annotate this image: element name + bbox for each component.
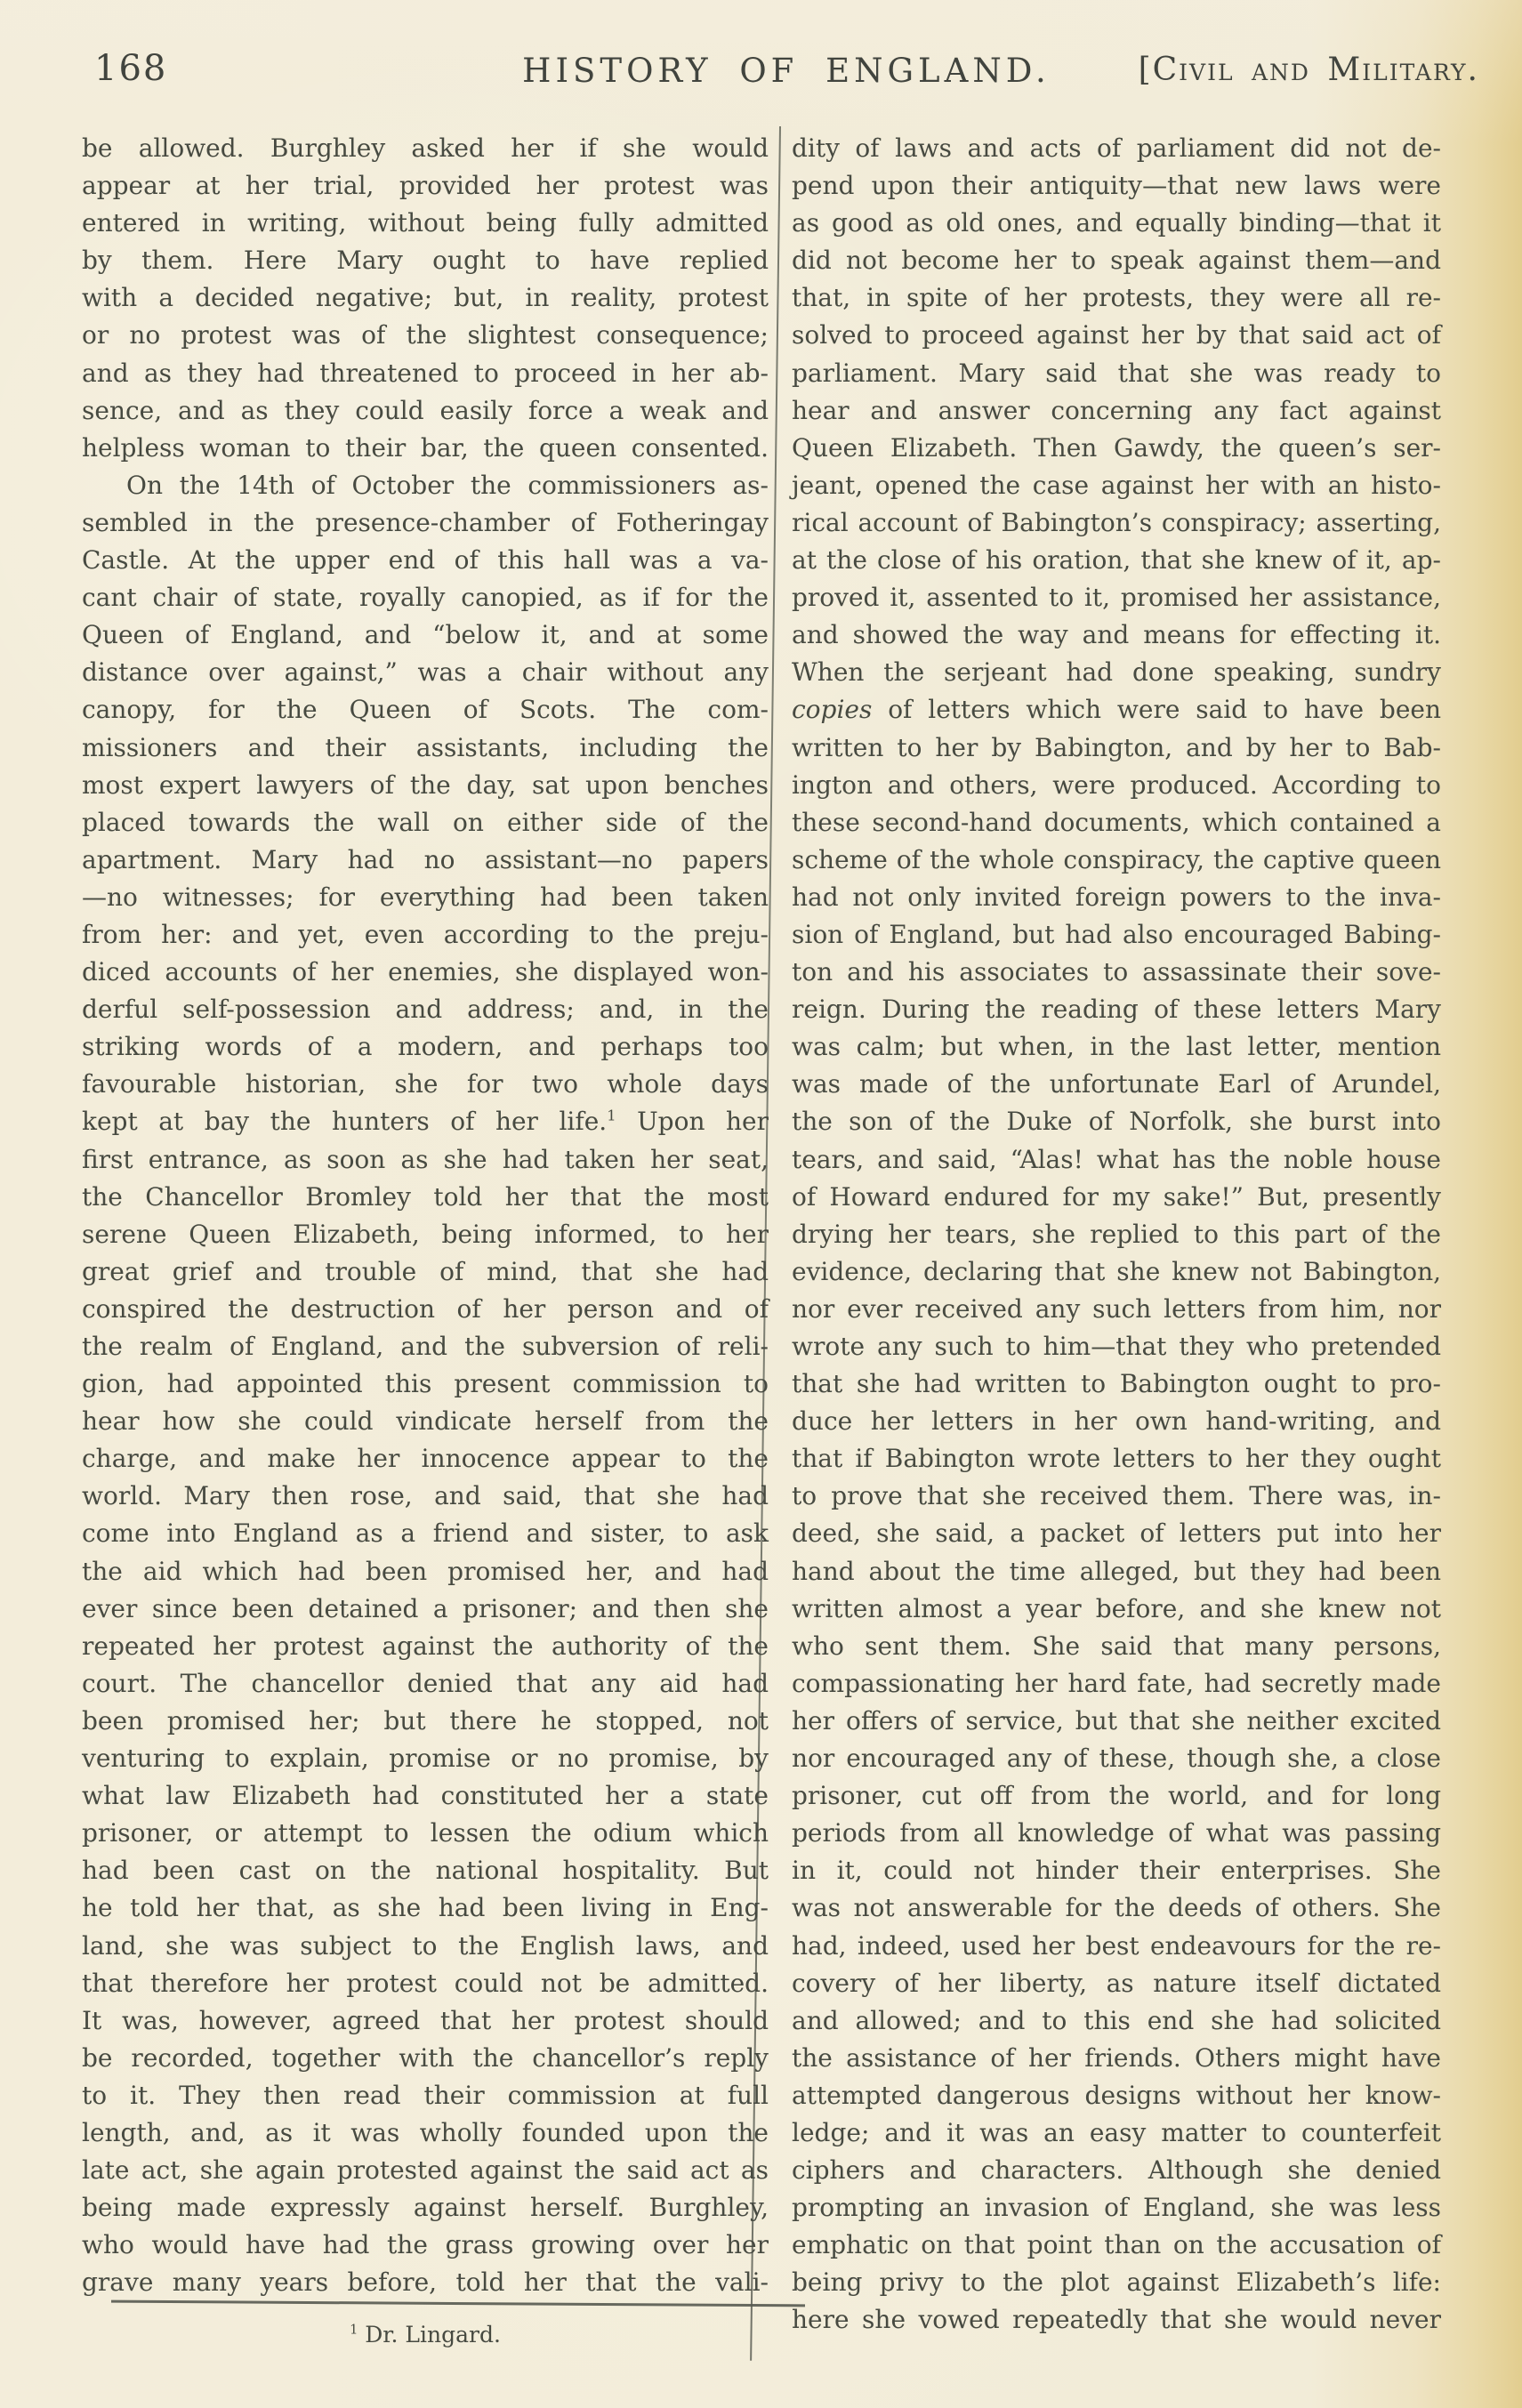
text-line: what law Elizabeth had constituted her a… [82, 1777, 769, 1815]
text-line: first entrance, as soon as she had taken… [82, 1141, 769, 1179]
text-line: wrote any such to him—that they who pret… [792, 1328, 1441, 1365]
text-line: the son of the Duke of Norfolk, she burs… [792, 1103, 1441, 1140]
right-column: dity of laws and acts of parliament did … [792, 130, 1441, 2340]
text-line: entered in writing, without being fully … [82, 205, 769, 242]
text-line: ciphers and characters. Although she den… [792, 2152, 1441, 2189]
text-line: distance over against,” was a chair with… [82, 654, 769, 691]
text-line: dity of laws and acts of parliament did … [792, 130, 1441, 167]
text-line: Queen of England, and “below it, and at … [82, 616, 769, 654]
text-line: that therefore her protest could not be … [82, 1965, 769, 2002]
text-line: had not only invited foreign powers to t… [792, 879, 1441, 916]
book-page: 168 HISTORY OF ENGLAND. [Civil and Milit… [0, 0, 1522, 2408]
text-line: he told her that, as she had been living… [82, 1889, 769, 1927]
text-line: her offers of service, but that she neit… [792, 1703, 1441, 1740]
text-line: world. Mary then rose, and said, that sh… [82, 1478, 769, 1515]
text-line: copies of letters which were said to hav… [792, 691, 1441, 729]
text-line: helpless woman to their bar, the queen c… [82, 430, 769, 467]
text-line: and showed the way and means for effecti… [792, 616, 1441, 654]
text-line: been promised her; but there he stopped,… [82, 1703, 769, 1740]
text-line: conspired the destruction of her person … [82, 1291, 769, 1328]
text-line: compassionating her hard fate, had secre… [792, 1665, 1441, 1703]
text-line: It was, however, agreed that her protest… [82, 2002, 769, 2040]
text-line: sion of England, but had also encouraged… [792, 916, 1441, 954]
text-line: pend upon their antiquity—that new laws … [792, 167, 1441, 205]
text-line: attempted dangerous designs without her … [792, 2077, 1441, 2114]
text-line: evidence, declaring that she knew not Ba… [792, 1253, 1441, 1291]
text-line: jeant, opened the case against her with … [792, 467, 1441, 504]
text-line: missioners and their assistants, includi… [82, 729, 769, 767]
text-line: to prove that she received them. There w… [792, 1478, 1441, 1515]
text-line: scheme of the whole conspiracy, the capt… [792, 842, 1441, 879]
text-line: Castle. At the upper end of this hall wa… [82, 542, 769, 579]
text-line: written almost a year before, and she kn… [792, 1591, 1441, 1628]
text-line: prompting an invasion of England, she wa… [792, 2189, 1441, 2227]
text-line: venturing to explain, promise or no prom… [82, 1740, 769, 1777]
text-line: apartment. Mary had no assistant—no pape… [82, 842, 769, 879]
text-line: prisoner, cut off from the world, and fo… [792, 1777, 1441, 1815]
text-line: hand about the time alleged, but they ha… [792, 1553, 1441, 1591]
text-line: length, and, as it was wholly founded up… [82, 2114, 769, 2152]
section-label: [Civil and Military. [1139, 52, 1479, 88]
text-line: or no protest was of the slightest conse… [82, 317, 769, 354]
text-line: charge, and make her innocence appear to… [82, 1440, 769, 1478]
text-line: that if Babington wrote letters to her t… [792, 1440, 1441, 1478]
text-line: in it, could not hinder their enterprise… [792, 1852, 1441, 1889]
text-line: When the serjeant had done speaking, sun… [792, 654, 1441, 691]
text-line: repeated her protest against the authori… [82, 1628, 769, 1665]
text-line: sence, and as they could easily force a … [82, 392, 769, 430]
text-line: had, indeed, used her best endeavours fo… [792, 1928, 1441, 1965]
text-line: was calm; but when, in the last letter, … [792, 1028, 1441, 1066]
text-line: ington and others, were produced. Accord… [792, 767, 1441, 804]
text-line: these second-hand documents, which conta… [792, 804, 1441, 842]
text-line: favourable historian, she for two whole … [82, 1066, 769, 1103]
text-line: court. The chancellor denied that any ai… [82, 1665, 769, 1703]
text-line: emphatic on that point than on the accus… [792, 2227, 1441, 2264]
text-line: sembled in the presence-chamber of Fothe… [82, 504, 769, 542]
text-line: of Howard endured for my sake!” But, pre… [792, 1179, 1441, 1216]
text-line: gion, had appointed this present commiss… [82, 1365, 769, 1403]
text-line: the aid which had been promised her, and… [82, 1553, 769, 1591]
text-line: written to her by Babington, and by her … [792, 729, 1441, 767]
text-line: that she had written to Babington ought … [792, 1365, 1441, 1403]
text-line: parliament. Mary said that she was ready… [792, 355, 1441, 392]
text-line: solved to proceed against her by that sa… [792, 317, 1441, 354]
text-line: ledge; and it was an easy matter to coun… [792, 2114, 1441, 2152]
text-line: covery of her liberty, as nature itself … [792, 1965, 1441, 2002]
text-line: kept at bay the hunters of her life.1 Up… [82, 1103, 769, 1140]
text-line: duce her letters in her own hand-writing… [792, 1403, 1441, 1440]
text-line: and allowed; and to this end she had sol… [792, 2002, 1441, 2040]
text-line: cant chair of state, royally canopied, a… [82, 579, 769, 616]
text-line: did not become her to speak against them… [792, 242, 1441, 279]
text-line: rical account of Babington’s conspiracy;… [792, 504, 1441, 542]
text-line: most expert lawyers of the day, sat upon… [82, 767, 769, 804]
text-line: striking words of a modern, and perhaps … [82, 1028, 769, 1066]
text-line: placed towards the wall on either side o… [82, 804, 769, 842]
text-line: being privy to the plot against Elizabet… [792, 2264, 1441, 2301]
text-line: Queen Elizabeth. Then Gawdy, the queen’s… [792, 430, 1441, 467]
text-line: with a decided negative; but, in reality… [82, 279, 769, 317]
text-line: deed, she said, a packet of letters put … [792, 1515, 1441, 1552]
text-line: ever since been detained a prisoner; and… [82, 1591, 769, 1628]
text-line: be allowed. Burghley asked her if she wo… [82, 130, 769, 167]
text-line: who sent them. She said that many person… [792, 1628, 1441, 1665]
text-line: appear at her trial, provided her protes… [82, 167, 769, 205]
text-line: On the 14th of October the commissioners… [82, 467, 769, 504]
text-line: hear how she could vindicate herself fro… [82, 1403, 769, 1440]
text-line: ton and his associates to assassinate th… [792, 954, 1441, 991]
text-line: great grief and trouble of mind, that sh… [82, 1253, 769, 1291]
text-line: periods from all knowledge of what was p… [792, 1815, 1441, 1852]
text-line: late act, she again protested against th… [82, 2152, 769, 2189]
footnote-text: 1 Dr. Lingard. [82, 2322, 769, 2348]
text-line: diced accounts of her enemies, she displ… [82, 954, 769, 991]
text-line: from her: and yet, even according to the… [82, 916, 769, 954]
text-line: nor encouraged any of these, though she,… [792, 1740, 1441, 1777]
text-line: that, in spite of her protests, they wer… [792, 279, 1441, 317]
text-line: the assistance of her friends. Others mi… [792, 2040, 1441, 2077]
text-line: be recorded, together with the chancello… [82, 2040, 769, 2077]
text-line: and as they had threatened to proceed in… [82, 355, 769, 392]
text-line: here she vowed repeatedly that she would… [792, 2301, 1441, 2339]
text-line: to it. They then read their commission a… [82, 2077, 769, 2114]
text-line: proved it, assented to it, promised her … [792, 579, 1441, 616]
left-column: be allowed. Burghley asked her if she wo… [82, 130, 769, 2301]
text-line: the realm of England, and the subversion… [82, 1328, 769, 1365]
text-line: by them. Here Mary ought to have replied [82, 242, 769, 279]
text-line: being made expressly against herself. Bu… [82, 2189, 769, 2227]
text-line: —no witnesses; for everything had been t… [82, 879, 769, 916]
text-line: tears, and said, “Alas! what has the nob… [792, 1141, 1441, 1179]
text-line: prisoner, or attempt to lessen the odium… [82, 1815, 769, 1852]
text-line: derful self-possession and address; and,… [82, 991, 769, 1028]
page-number: 168 [94, 48, 167, 89]
text-line: as good as old ones, and equally binding… [792, 205, 1441, 242]
text-line: drying her tears, she replied to this pa… [792, 1216, 1441, 1253]
text-line: canopy, for the Queen of Scots. The com- [82, 691, 769, 729]
text-line: come into England as a friend and sister… [82, 1515, 769, 1552]
text-line: the Chancellor Bromley told her that the… [82, 1179, 769, 1216]
running-title: HISTORY OF ENGLAND. [522, 52, 1051, 90]
text-line: had been cast on the national hospitalit… [82, 1852, 769, 1889]
text-line: who would have had the grass growing ove… [82, 2227, 769, 2264]
text-line: nor ever received any such letters from … [792, 1291, 1441, 1328]
text-line: land, she was subject to the English law… [82, 1928, 769, 1965]
text-line: was not answerable for the deeds of othe… [792, 1889, 1441, 1927]
text-line: grave many years before, told her that t… [82, 2264, 769, 2301]
text-line: reign. During the reading of these lette… [792, 991, 1441, 1028]
text-line: at the close of his oration, that she kn… [792, 542, 1441, 579]
text-line: was made of the unfortunate Earl of Arun… [792, 1066, 1441, 1103]
text-line: hear and answer concerning any fact agai… [792, 392, 1441, 430]
text-line: serene Queen Elizabeth, being informed, … [82, 1216, 769, 1253]
